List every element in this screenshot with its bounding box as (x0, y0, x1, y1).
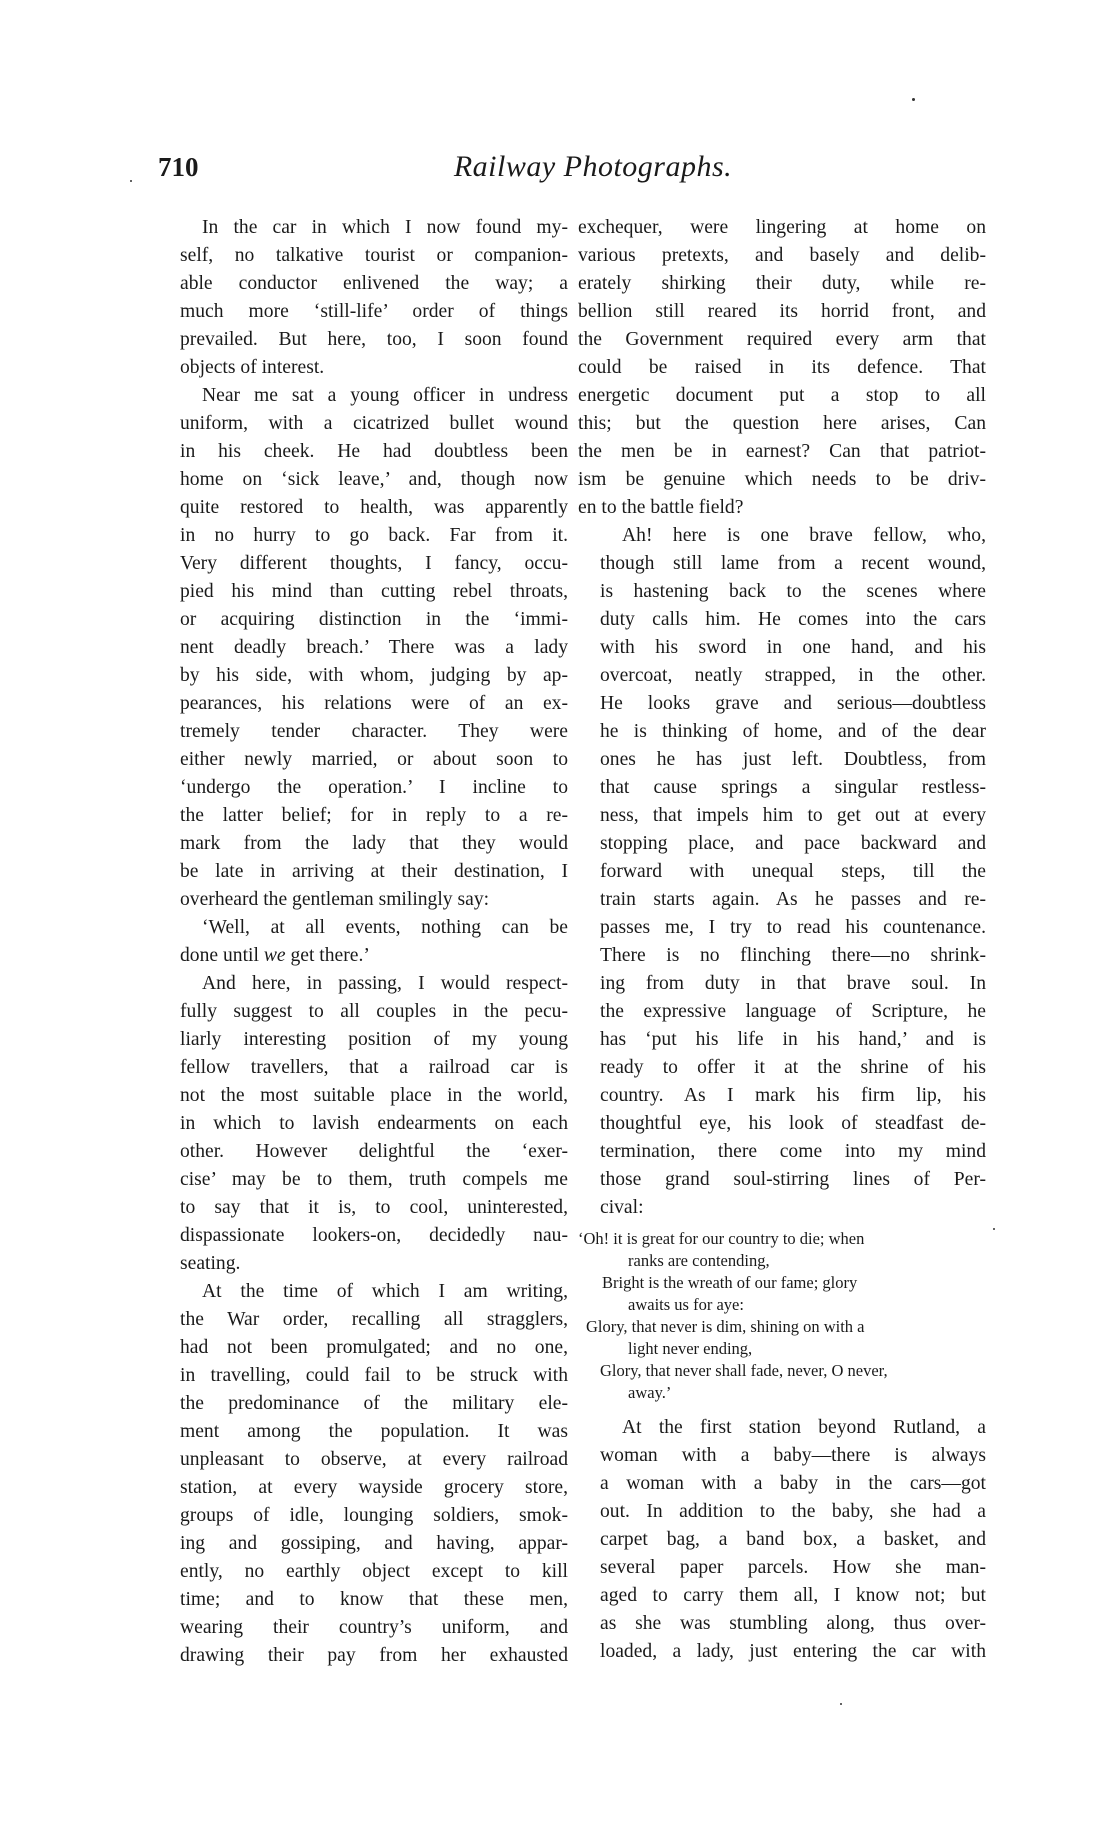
text-line: fully suggest to all couples in the pecu… (158, 998, 568, 1026)
text-line: nent deadly breach.’ There was a lady (158, 634, 568, 662)
text-line: In the car in which I now found my- (158, 214, 568, 242)
text-line: He looks grave and serious—doubtless (578, 690, 986, 718)
text-line: is hastening back to the scenes where (578, 578, 986, 606)
text-line: dispassionate lookers-on, decidedly nau- (158, 1222, 568, 1250)
quote-paragraph: ‘Well, at all events, nothing can be don… (158, 914, 568, 970)
text-line: tremely tender character. They were (158, 718, 568, 746)
text-line: either newly married, or about soon to (158, 746, 568, 774)
text-line: in travelling, could fail to be struck w… (158, 1362, 568, 1390)
emphasis-text: we (264, 945, 286, 966)
poem-line: Glory, that never is dim, shining on wit… (578, 1316, 986, 1338)
running-title: Railway Photographs. (158, 150, 988, 184)
text-line: able conductor enlivened the way; a (158, 270, 568, 298)
text-line: as she was stumbling along, thus over- (578, 1610, 986, 1638)
text-line: be late in arriving at their destination… (158, 858, 568, 886)
text-line: in his cheek. He had doubtless been (158, 438, 568, 466)
left-column: In the car in which I now found my- self… (158, 214, 568, 1670)
poem-line: Bright is the wreath of our fame; glory (578, 1272, 986, 1294)
poem-line: ‘Oh! it is great for our country to die;… (578, 1228, 986, 1250)
text-line: pearances, his relations were of an ex- (158, 690, 568, 718)
text-line: And here, in passing, I would respect- (158, 970, 568, 998)
text-line: he is thinking of home, and of the dear (578, 718, 986, 746)
poem-line: light never ending, (578, 1338, 986, 1360)
text-line: ment among the population. It was (158, 1418, 568, 1446)
text-line: energetic document put a stop to all (578, 382, 986, 410)
text-line: the predominance of the military ele- (158, 1390, 568, 1418)
paragraph: At the first station beyond Rutland, a w… (578, 1414, 986, 1666)
text-line: time; and to know that these men, (158, 1586, 568, 1614)
text-line: ready to offer it at the shrine of his (578, 1054, 986, 1082)
text-line: exchequer, were lingering at home on (578, 214, 986, 242)
text-line: other. However delightful the ‘exer- (158, 1138, 568, 1166)
text-line: prevailed. But here, too, I soon found (158, 326, 568, 354)
text-line: the latter belief; for in reply to a re- (158, 802, 568, 830)
text-line: duty calls him. He comes into the cars (578, 606, 986, 634)
text-line: Ah! here is one brave fellow, who, (578, 522, 986, 550)
text-line: to say that it is, to cool, uninterested… (158, 1194, 568, 1222)
text-line: passes me, I try to read his countenance… (578, 914, 986, 942)
text-line: the men be in earnest? Can that patriot- (578, 438, 986, 466)
text-line: with his sword in one hand, and his (578, 634, 986, 662)
text-run: done until (180, 945, 264, 966)
text-line: home on ‘sick leave,’ and, though now (158, 466, 568, 494)
text-line: objects of interest. (158, 354, 568, 382)
right-column: exchequer, were lingering at home on var… (578, 214, 986, 1666)
text-line: drawing their pay from her exhausted (158, 1642, 568, 1670)
text-line: the War order, recalling all stragglers, (158, 1306, 568, 1334)
text-line: erately shirking their duty, while re- (578, 270, 986, 298)
text-line: woman with a baby—there is always (578, 1442, 986, 1470)
text-line: termination, there come into my mind (578, 1138, 986, 1166)
text-line: forward with unequal steps, till the (578, 858, 986, 886)
text-line: a woman with a baby in the cars—got (578, 1470, 986, 1498)
text-line: loaded, a lady, just entering the car wi… (578, 1638, 986, 1666)
text-line: those grand soul-stirring lines of Per- (578, 1166, 986, 1194)
paragraph: Near me sat a young officer in undress u… (158, 382, 568, 914)
text-line: overcoat, neatly strapped, in the other. (578, 662, 986, 690)
paragraph: In the car in which I now found my- self… (158, 214, 568, 382)
text-line: pied his mind than cutting rebel throats… (158, 578, 568, 606)
text-line: station, at every wayside grocery store, (158, 1474, 568, 1502)
text-line: mark from the lady that they would (158, 830, 568, 858)
paragraph: At the time of which I am writing, the W… (158, 1278, 568, 1670)
text-line: not the most suitable place in the world… (158, 1082, 568, 1110)
text-line: out. In addition to the baby, she had a (578, 1498, 986, 1526)
scan-speck (993, 1228, 995, 1230)
text-line: the expressive language of Scripture, he (578, 998, 986, 1026)
text-line: or acquiring distinction in the ‘immi- (158, 606, 568, 634)
text-line: carpet bag, a band box, a basket, and (578, 1526, 986, 1554)
text-line: self, no talkative tourist or companion- (158, 242, 568, 270)
text-line: aged to carry them all, I know not; but (578, 1582, 986, 1610)
text-line: train starts again. As he passes and re- (578, 886, 986, 914)
text-line: that cause springs a singular restless- (578, 774, 986, 802)
text-run: get there.’ (286, 945, 370, 966)
text-line: this; but the question here arises, Can (578, 410, 986, 438)
text-line: bellion still reared its horrid front, a… (578, 298, 986, 326)
text-line: much more ‘still-life’ order of things (158, 298, 568, 326)
text-line: At the first station beyond Rutland, a (578, 1414, 986, 1442)
text-line: has ‘put his life in his hand,’ and is (578, 1026, 986, 1054)
paragraph: exchequer, were lingering at home on var… (578, 214, 986, 522)
paragraph: Ah! here is one brave fellow, who, thoug… (578, 522, 986, 1222)
text-line: though still lame from a recent wound, (578, 550, 986, 578)
text-line: ing from duty in that brave soul. In (578, 970, 986, 998)
text-line: There is no flinching there—no shrink- (578, 942, 986, 970)
text-line: cival: (578, 1194, 986, 1222)
page-header: 710 Railway Photographs. (158, 150, 988, 190)
text-line: the Government required every arm that (578, 326, 986, 354)
text-line: liarly interesting position of my young (158, 1026, 568, 1054)
scan-speck (840, 1703, 842, 1705)
text-line: country. As I mark his firm lip, his (578, 1082, 986, 1110)
scan-speck (130, 180, 132, 182)
text-line: could be raised in its defence. That (578, 354, 986, 382)
text-line: groups of idle, lounging soldiers, smok- (158, 1502, 568, 1530)
text-line: in no hurry to go back. Far from it. (158, 522, 568, 550)
text-line: stopping place, and pace backward and (578, 830, 986, 858)
text-line: overheard the gentleman smilingly say: (158, 886, 568, 914)
text-line: had not been promulgated; and no one, (158, 1334, 568, 1362)
text-line: fellow travellers, that a railroad car i… (158, 1054, 568, 1082)
text-line: done until we get there.’ (158, 942, 568, 970)
text-line: several paper parcels. How she man- (578, 1554, 986, 1582)
text-line: uniform, with a cicatrized bullet wound (158, 410, 568, 438)
text-line: by his side, with whom, judging by ap- (158, 662, 568, 690)
text-line: in which to lavish endearments on each (158, 1110, 568, 1138)
poem-line: Glory, that never shall fade, never, O n… (578, 1360, 986, 1382)
text-line: Very different thoughts, I fancy, occu- (158, 550, 568, 578)
text-line: quite restored to health, was apparently (158, 494, 568, 522)
poem-line: awaits us for aye: (578, 1294, 986, 1316)
text-line: ing and gossiping, and having, appar- (158, 1530, 568, 1558)
poem-quotation: ‘Oh! it is great for our country to die;… (578, 1228, 986, 1404)
poem-line: ranks are contending, (578, 1250, 986, 1272)
text-line: Near me sat a young officer in undress (158, 382, 568, 410)
text-line: thoughtful eye, his look of steadfast de… (578, 1110, 986, 1138)
text-line: At the time of which I am writing, (158, 1278, 568, 1306)
text-line: ently, no earthly object except to kill (158, 1558, 568, 1586)
poem-line: away.’ (578, 1382, 986, 1404)
scan-speck (912, 98, 915, 101)
text-line: unpleasant to observe, at every railroad (158, 1446, 568, 1474)
text-line: ness, that impels him to get out at ever… (578, 802, 986, 830)
paragraph: And here, in passing, I would respect- f… (158, 970, 568, 1278)
text-line: en to the battle field? (578, 494, 986, 522)
text-line: ism be genuine which needs to be driv- (578, 466, 986, 494)
text-line: ‘Well, at all events, nothing can be (158, 914, 568, 942)
text-line: ones he has just left. Doubtless, from (578, 746, 986, 774)
text-line: wearing their country’s uniform, and (158, 1614, 568, 1642)
text-line: ‘undergo the operation.’ I incline to (158, 774, 568, 802)
text-line: seating. (158, 1250, 568, 1278)
text-line: cise’ may be to them, truth compels me (158, 1166, 568, 1194)
text-line: various pretexts, and basely and delib- (578, 242, 986, 270)
